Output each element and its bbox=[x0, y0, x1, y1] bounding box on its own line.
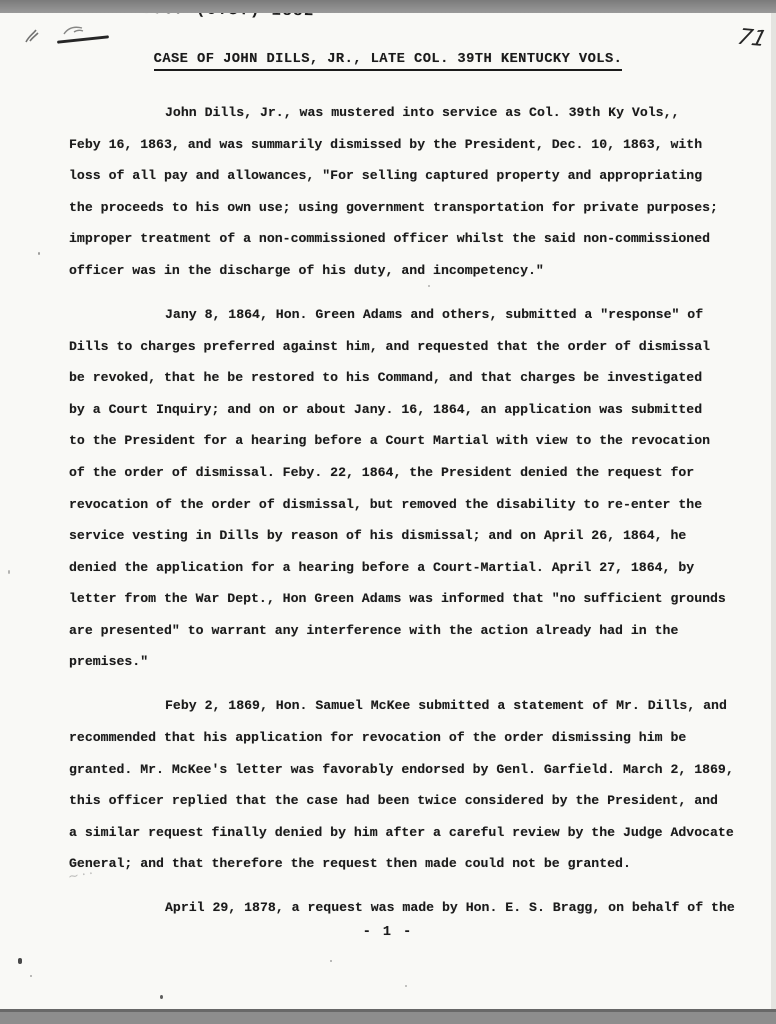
paragraph-1: John Dills, Jr., was mustered into servi… bbox=[69, 97, 763, 287]
scan-bottom-bar bbox=[0, 1009, 776, 1024]
scan-speck bbox=[428, 285, 430, 287]
document-title: CASE OF JOHN DILLS, JR., LATE COL. 39TH … bbox=[0, 52, 776, 67]
scanned-document-page: 5567 (U.S.) 1882 71 ~·· CASE OF JOHN DIL… bbox=[0, 0, 776, 1024]
paragraph-4: April 29, 1878, a request was made by Ho… bbox=[69, 892, 763, 924]
scan-top-bar bbox=[0, 0, 776, 13]
handwritten-page-number: 71 bbox=[735, 25, 769, 52]
scan-speck bbox=[405, 985, 407, 987]
paragraph-3: Feby 2, 1869, Hon. Samuel McKee submitte… bbox=[69, 690, 763, 880]
footer-page-number: - 1 - bbox=[0, 925, 776, 940]
scan-speck bbox=[38, 252, 40, 255]
document-body: John Dills, Jr., was mustered into servi… bbox=[69, 97, 763, 936]
document-title-text: CASE OF JOHN DILLS, JR., LATE COL. 39TH … bbox=[154, 52, 623, 71]
scan-right-edge bbox=[771, 13, 776, 1009]
scan-speck bbox=[18, 958, 22, 964]
scan-speck bbox=[330, 960, 332, 962]
scan-speck bbox=[30, 975, 32, 977]
paragraph-2: Jany 8, 1864, Hon. Green Adams and other… bbox=[69, 299, 763, 678]
scan-speck bbox=[8, 570, 10, 574]
pencil-mark-icon bbox=[20, 26, 44, 48]
scan-speck bbox=[160, 995, 163, 999]
